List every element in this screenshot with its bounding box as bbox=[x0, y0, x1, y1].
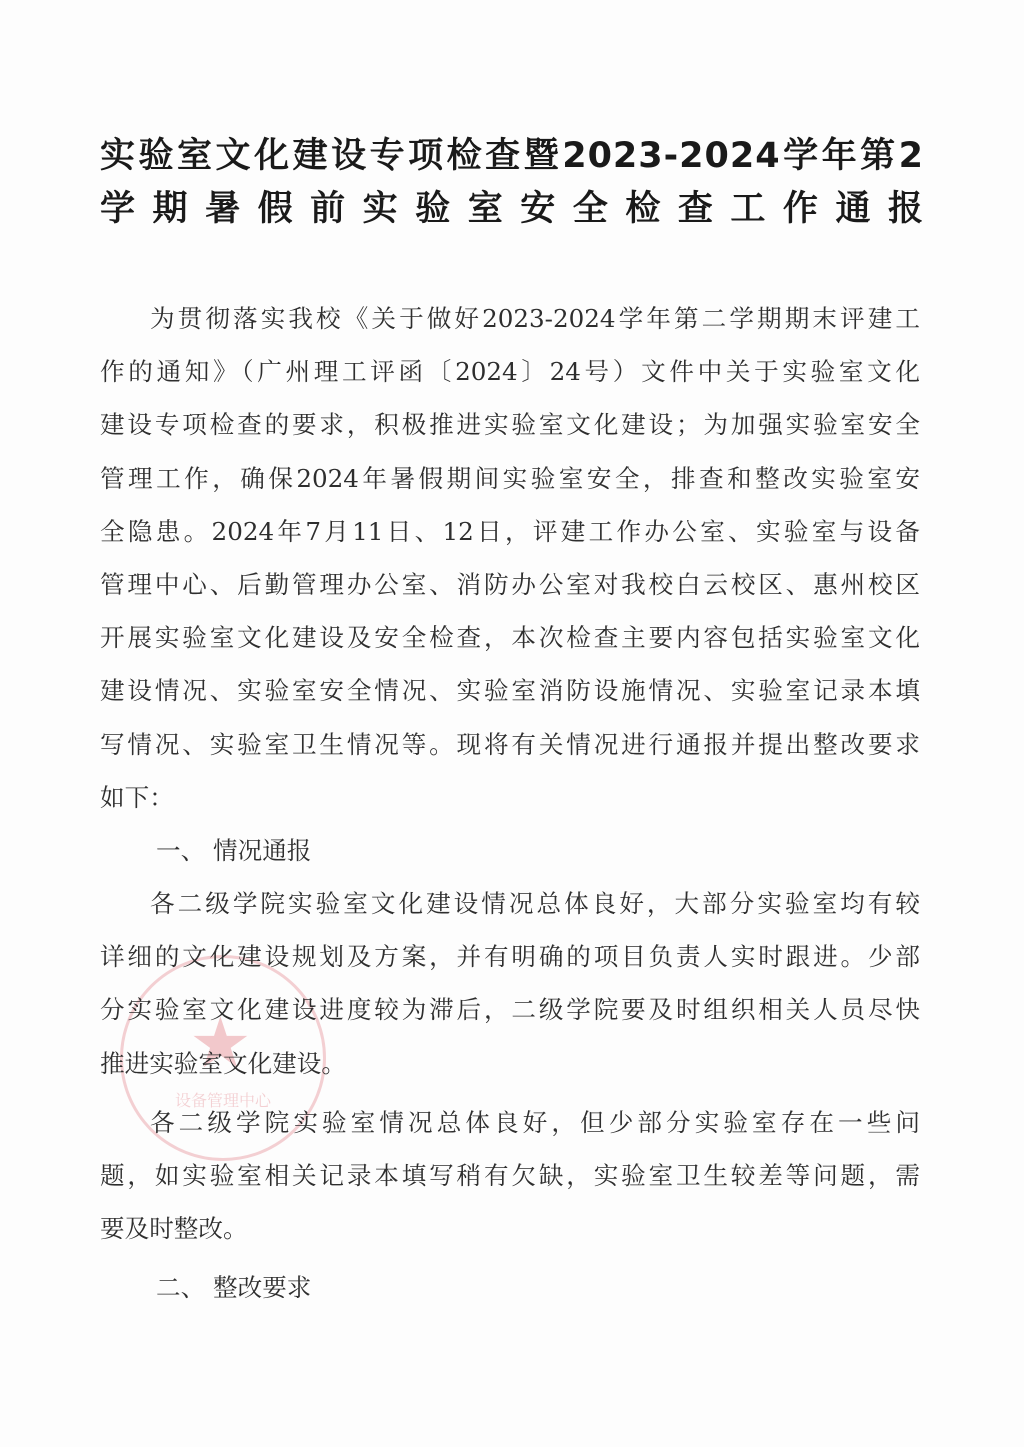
paragraph-line: 各二级学院实验室情况总体良好，但少部分实验室存在一些问 bbox=[100, 1096, 920, 1149]
paragraph-line: 作的通知》（广州理工评函〔2024〕24号）文件中关于实验室文化 bbox=[100, 345, 920, 398]
paragraph-line: 管理工作，确保2024年暑假期间实验室安全，排查和整改实验室安 bbox=[100, 452, 920, 505]
paragraph-line: 建设专项检查的要求，积极推进实验室文化建设；为加强实验室安全 bbox=[100, 398, 920, 451]
section-1-paragraph-2: 各二级学院实验室情况总体良好，但少部分实验室存在一些问 题，如实验室相关记录本填… bbox=[100, 1096, 920, 1256]
paragraph-line: 各二级学院实验室文化建设情况总体良好，大部分实验室均有较 bbox=[100, 877, 920, 930]
paragraph-line: 要及时整改。 bbox=[100, 1202, 920, 1255]
paragraph-line: 写情况、实验室卫生情况等。现将有关情况进行通报并提出整改要求 bbox=[100, 718, 920, 771]
paragraph-line: 详细的文化建设规划及方案，并有明确的项目负责人实时跟进。少部 bbox=[100, 930, 920, 983]
paragraph-line: 如下： bbox=[100, 771, 920, 824]
document-page: 实验室文化建设专项检查暨2023-2024学年第2 学期暑假前实验室安全检查工作… bbox=[0, 0, 1024, 1447]
title-line-1: 实验室文化建设专项检查暨2023-2024学年第2 bbox=[100, 128, 924, 181]
document-body: 为贯彻落实我校《关于做好2023-2024学年第二学期期末评建工 作的通知》（广… bbox=[100, 292, 920, 1315]
paragraph-line: 建设情况、实验室安全情况、实验室消防设施情况、实验室记录本填 bbox=[100, 664, 920, 717]
paragraph-line: 全隐患。2024年7月11日、12日，评建工作办公室、实验室与设备 bbox=[100, 505, 920, 558]
paragraph-line: 管理中心、后勤管理办公室、消防办公室对我校白云校区、惠州校区 bbox=[100, 558, 920, 611]
paragraph-line: 推进实验室文化建设。 bbox=[100, 1037, 920, 1090]
paragraph-line: 为贯彻落实我校《关于做好2023-2024学年第二学期期末评建工 bbox=[100, 292, 920, 345]
paragraph-line: 分实验室文化建设进度较为滞后，二级学院要及时组织相关人员尽快 bbox=[100, 983, 920, 1036]
title-line-2: 学期暑假前实验室安全检查工作通报 bbox=[100, 181, 924, 234]
section-heading-rectification-requirements: 二、 整改要求 bbox=[100, 1261, 920, 1314]
document-title: 实验室文化建设专项检查暨2023-2024学年第2 学期暑假前实验室安全检查工作… bbox=[100, 128, 924, 234]
paragraph-line: 开展实验室文化建设及安全检查，本次检查主要内容包括实验室文化 bbox=[100, 611, 920, 664]
section-1-paragraph-1: 各二级学院实验室文化建设情况总体良好，大部分实验室均有较 详细的文化建设规划及方… bbox=[100, 877, 920, 1090]
paragraph-line: 题，如实验室相关记录本填写稍有欠缺，实验室卫生较差等问题，需 bbox=[100, 1149, 920, 1202]
intro-paragraph: 为贯彻落实我校《关于做好2023-2024学年第二学期期末评建工 作的通知》（广… bbox=[100, 292, 920, 824]
section-heading-situation-report: 一、 情况通报 bbox=[100, 824, 920, 877]
